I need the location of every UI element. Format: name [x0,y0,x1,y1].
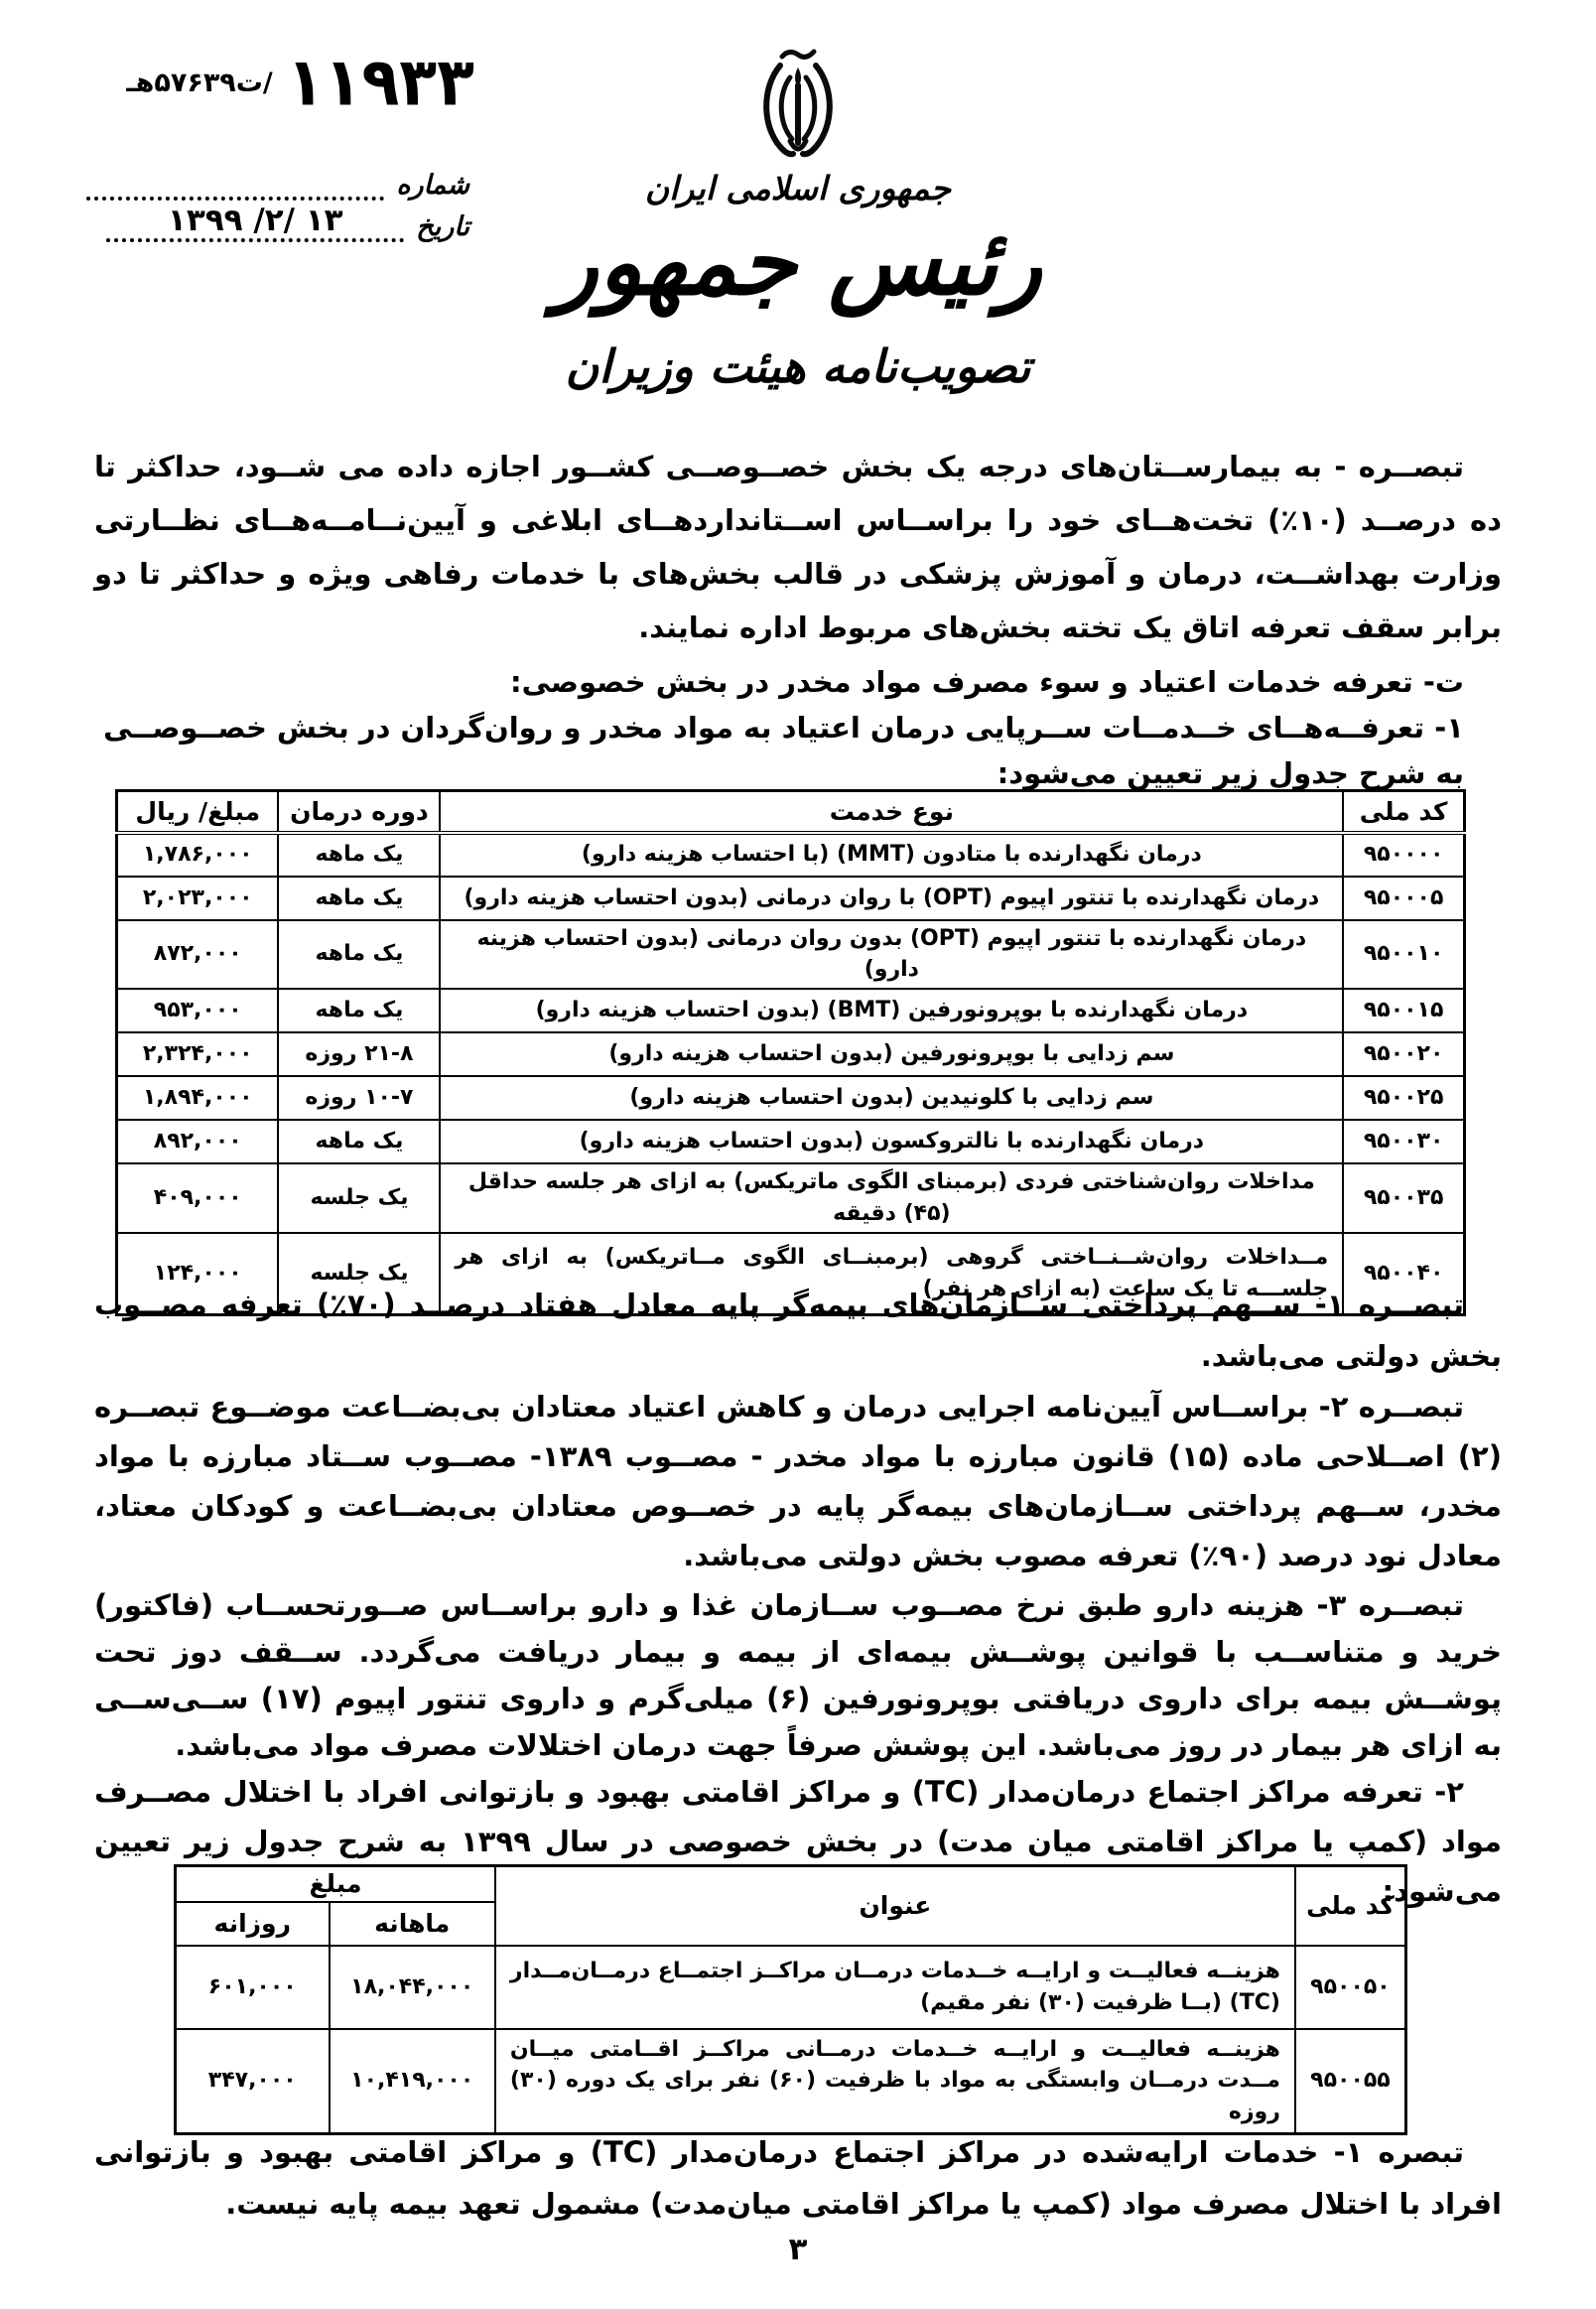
treatment-period: یک ماهه [278,833,440,877]
service-title: هزینــه فعالیــت و ارایــه خــدمات درمــ… [495,1946,1295,2029]
table2-header-title: عنوان [495,1866,1295,1946]
amount-rial: ۲,۰۲۳,۰۰۰ [117,877,279,920]
table2-header-amount-group: مبلغ [176,1866,495,1902]
paragraph-tabsereh-hospitals: تبصــره - به بیمارســتان‌های درجه یک بخش… [94,440,1502,654]
amount-rial: ۱,۷۸۶,۰۰۰ [117,833,279,877]
service-code: ۹۵۰۰۲۵ [1343,1076,1464,1120]
table-row: ۹۵۰۰۱۵ درمان نگهدارنده با بوپرونورفین (B… [117,989,1465,1032]
table-row: ۹۵۰۰۵۰ هزینــه فعالیــت و ارایــه خــدما… [176,1946,1406,2029]
service-name: درمان نگهدارنده با تنتور اپیوم (OPT) با … [440,877,1343,920]
treatment-period: یک جلسه [278,1163,440,1233]
table1-header-period: دوره درمان [278,791,440,833]
service-name: سم زدایی با کلونیدین (بدون احتساب هزینه … [440,1076,1343,1120]
paragraph-note-1-final: تبصره ۱- خدمات ارایه‌شده در مراکز اجتماع… [94,2126,1502,2230]
table-row: ۹۵۰۰۲۵ سم زدایی با کلونیدین (بدون احتساب… [117,1076,1465,1120]
treatment-period: یک ماهه [278,989,440,1032]
letterhead-country: جمهوری اسلامی ایران [0,169,1596,207]
service-name: درمان نگهدارنده با نالتروکسون (بدون احتس… [440,1120,1343,1163]
amount-rial: ۲,۳۲۴,۰۰۰ [117,1032,279,1076]
treatment-period: یک ماهه [278,1120,440,1163]
page-number: ۳ [0,2232,1596,2267]
amount-rial: ۸۹۲,۰۰۰ [117,1120,279,1163]
paragraph-note-3: تبصــره ۳- هزینه دارو طبق نرخ مصــوب ســ… [94,1582,1502,1769]
tariff-table-residential: کد ملی عنوان مبلغ ماهانه روزانه ۹۵۰۰۵۰ ه… [174,1864,1407,2135]
amount-rial: ۸۷۲,۰۰۰ [117,920,279,990]
service-code: ۹۵۰۰۲۰ [1343,1032,1464,1076]
treatment-period: ۱۰-۷ روزه [278,1076,440,1120]
treatment-period: یک ماهه [278,920,440,990]
service-code: ۹۵۰۰۰۰ [1343,833,1464,877]
monthly-amount: ۱۰,۴۱۹,۰۰۰ [330,2029,495,2134]
table2-header-row-1: کد ملی عنوان مبلغ [176,1866,1406,1902]
table-row: ۹۵۰۰۲۰ سم زدایی با بوپرونورفین (بدون احت… [117,1032,1465,1076]
table1-header-amount: مبلغ/ ریال [117,791,279,833]
daily-amount: ۶۰۱,۰۰۰ [176,1946,330,2029]
table-row: ۹۵۰۰۵۵ هزینــه فعالیــت و ارایــه خــدما… [176,2029,1406,2134]
table2-header-daily: روزانه [176,1902,330,1946]
service-name: درمان نگهدارنده با بوپرونورفین (BMT) (بد… [440,989,1343,1032]
service-name: درمان نگهدارنده با متادون (MMT) (با احتس… [440,833,1343,877]
document-number-stamp: ۱۱۹۳۳ [287,50,474,116]
service-name: درمان نگهدارنده با تنتور اپیوم (OPT) بدو… [440,920,1343,990]
amount-rial: ۴۰۹,۰۰۰ [117,1163,279,1233]
service-code: ۹۵۰۰۰۵ [1343,877,1464,920]
table1-header-code: کد ملی [1343,791,1464,833]
table-row: ۹۵۰۰۳۵ مداخلات روان‌شناختی فردی (برمبنای… [117,1163,1465,1233]
amount-rial: ۱,۸۹۴,۰۰۰ [117,1076,279,1120]
service-code: ۹۵۰۰۵۰ [1295,1946,1406,2029]
table-row: ۹۵۰۰۰۰ درمان نگهدارنده با متادون (MMT) (… [117,833,1465,877]
iran-emblem-icon [754,48,842,169]
paragraph-note-2: تبصــره ۲- براســاس آیین‌نامه اجرایی درم… [94,1382,1502,1580]
table2-header-code: کد ملی [1295,1866,1406,1946]
paragraph-note-1: تبصــره ۱- ســهم پرداختی ســازمان‌های بی… [94,1279,1502,1382]
service-name: مداخلات روان‌شناختی فردی (برمبنای الگوی … [440,1163,1343,1233]
letterhead-president-title: رئیس جمهور [0,210,1596,316]
table1-header-row: کد ملی نوع خدمت دوره درمان مبلغ/ ریال [117,791,1465,833]
decree-page: ۱۱۹۳۳ /ت۵۷۶۳۹هـ شماره تاریخ ۱۳ /۲/ ۱۳۹۹ … [0,0,1596,2309]
service-code: ۹۵۰۰۱۰ [1343,920,1464,990]
treatment-period: یک ماهه [278,877,440,920]
table-row: ۹۵۰۰۰۵ درمان نگهدارنده با تنتور اپیوم (O… [117,877,1465,920]
service-code: ۹۵۰۰۳۵ [1343,1163,1464,1233]
treatment-period: ۲۱-۸ روزه [278,1032,440,1076]
table1-header-service: نوع خدمت [440,791,1343,833]
service-code: ۹۵۰۰۵۵ [1295,2029,1406,2134]
monthly-amount: ۱۸,۰۴۴,۰۰۰ [330,1946,495,2029]
table2-header-monthly: ماهانه [330,1902,495,1946]
table-row: ۹۵۰۰۳۰ درمان نگهدارنده با نالتروکسون (بد… [117,1120,1465,1163]
service-code: ۹۵۰۰۳۰ [1343,1120,1464,1163]
service-name: سم زدایی با بوپرونورفین (بدون احتساب هزی… [440,1032,1343,1076]
document-number-ref: /ت۵۷۶۳۹هـ [126,68,272,98]
table-row: ۹۵۰۰۱۰ درمان نگهدارنده با تنتور اپیوم (O… [117,920,1465,990]
letterhead-decree-title: تصویب‌نامه هیئت وزیران [0,340,1596,393]
document-number: ۱۱۹۳۳ /ت۵۷۶۳۹هـ [28,52,474,113]
service-code: ۹۵۰۰۱۵ [1343,989,1464,1032]
daily-amount: ۳۴۷,۰۰۰ [176,2029,330,2134]
amount-rial: ۹۵۳,۰۰۰ [117,989,279,1032]
tariff-table-outpatient: کد ملی نوع خدمت دوره درمان مبلغ/ ریال ۹۵… [115,789,1466,1316]
service-title: هزینــه فعالیــت و ارایــه خــدمات درمــ… [495,2029,1295,2134]
